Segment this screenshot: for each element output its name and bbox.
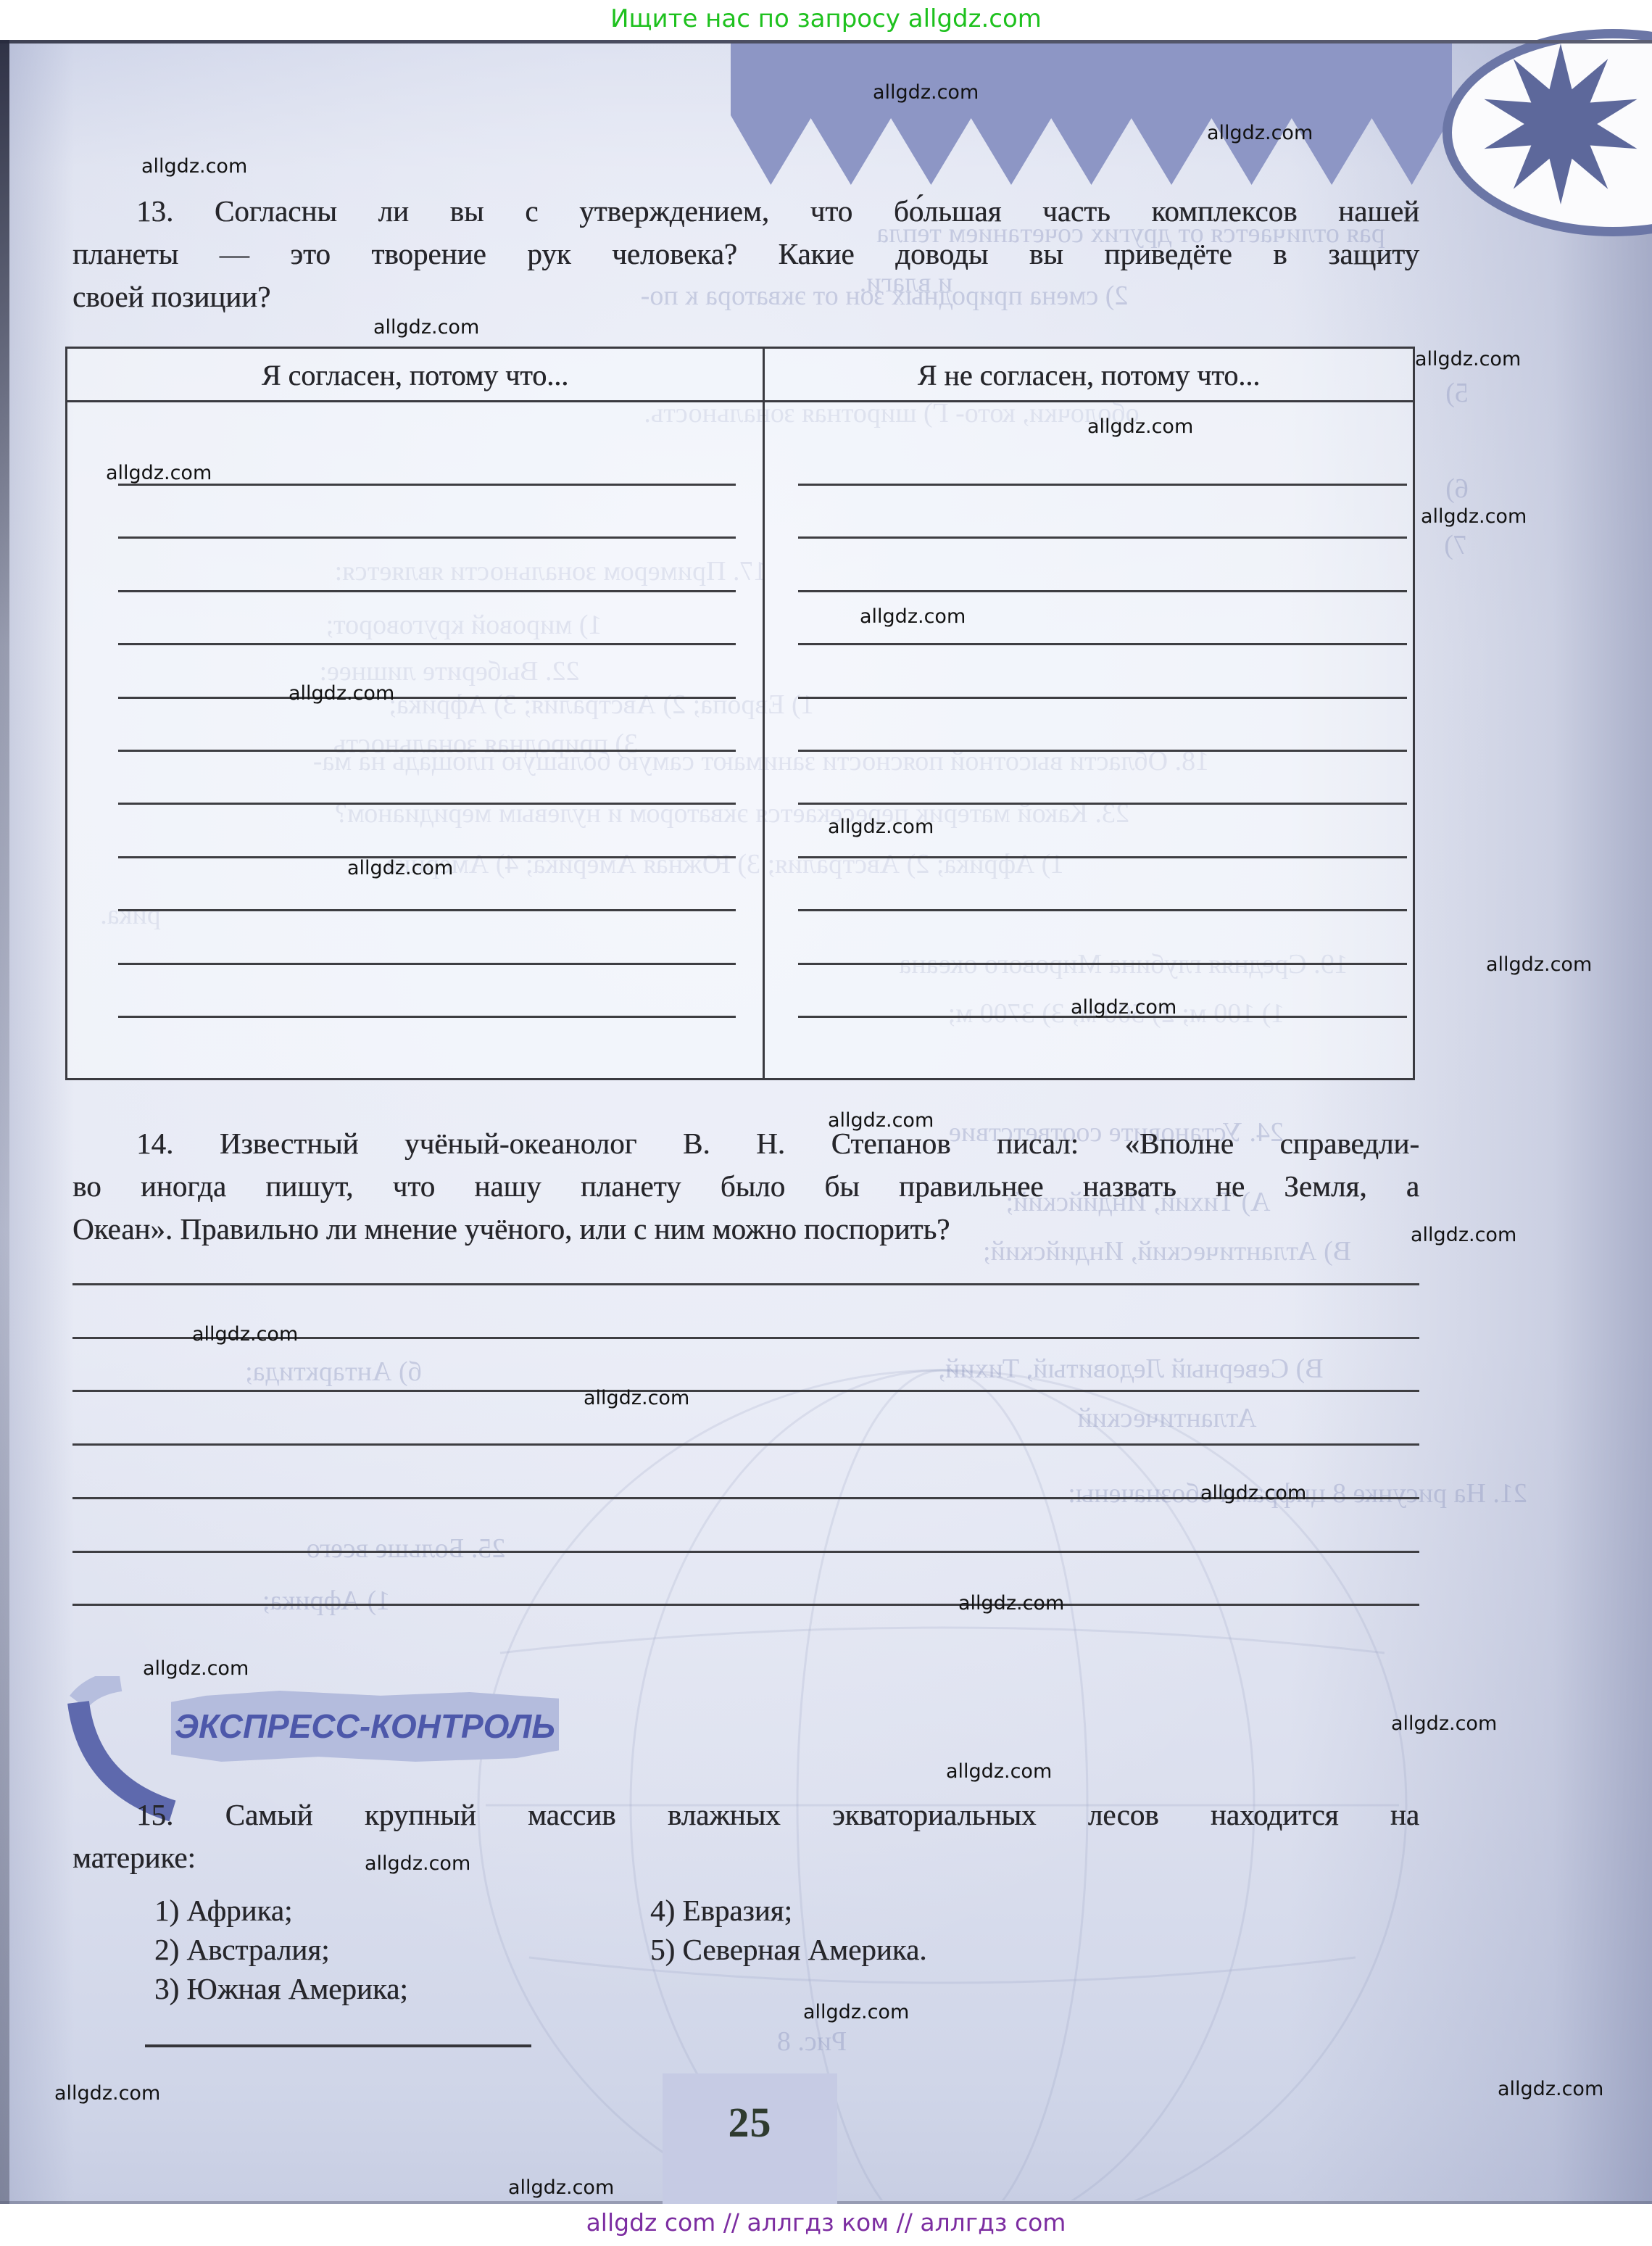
writing-line [798,590,1407,592]
writing-line [118,803,736,805]
question-13-text-line: своей позиции? [72,275,1419,318]
question-14-text-line: Океан». Правильно ли мнение учёного, или… [72,1208,1419,1251]
agree-disagree-table: Я согласен, потому что... Я не согласен,… [65,347,1415,1080]
writing-line [72,1390,1419,1392]
writing-line [798,750,1407,752]
footer-promo-text: allgdz com // аллгдз ком // аллгдз com [0,2208,1652,2237]
watermark-stamp: allgdz.com [1071,996,1176,1019]
watermark-stamp: allgdz.com [1421,505,1527,528]
watermark-stamp: allgdz.com [1415,348,1521,370]
writing-line [798,643,1407,645]
table-header-agree: Я согласен, потому что... [67,358,763,392]
writing-line [118,643,736,645]
footer-strip: allgdz com // аллгдз ком // аллгдз com [0,2204,1652,2246]
watermark-stamp: allgdz.com [584,1387,689,1409]
table-header-rule [67,400,1413,402]
watermark-stamp: allgdz.com [1200,1482,1306,1504]
watermark-stamp: allgdz.com [106,462,212,484]
q15-option: 3) Южная Америка; [154,1969,626,2008]
page-number-box: 25 [663,2073,837,2204]
q15-option: 2) Австралия; [154,1930,626,1969]
writing-line [798,536,1407,539]
watermark-stamp: allgdz.com [958,1592,1064,1615]
scan-top-edge [0,40,1652,43]
writing-line [798,803,1407,805]
question-13-text: 13. Согласны ли вы с утверждением, что б… [72,190,1419,318]
scan-left-edge [0,40,9,2204]
watermark-stamp: allgdz.com [828,816,934,838]
writing-line [118,909,736,911]
watermark-stamp: allgdz.com [143,1657,249,1680]
q15-option: 1) Африка; [154,1891,626,1930]
promo-banner-text: Ищите нас по запросу allgdz.com [0,4,1652,33]
watermark-stamp: allgdz.com [1391,1712,1497,1735]
question-14-text: 14. Известный учёный-океанолог В. Н. Сте… [72,1122,1419,1251]
writing-line [798,697,1407,699]
writing-line [72,1604,1419,1606]
page-number: 25 [663,2098,837,2147]
watermark-stamp: allgdz.com [1087,415,1193,438]
express-control-label: ЭКСПРЕСС-КОНТРОЛЬ [175,1707,555,1746]
watermark-stamp: allgdz.com [508,2176,614,2199]
writing-line [798,963,1407,965]
question-14-text-line: 14. Известный учёный-океанолог В. Н. Сте… [72,1122,1419,1165]
watermark-stamp: allgdz.com [365,1852,470,1875]
writing-line [118,536,736,539]
writing-line [72,1443,1419,1446]
express-control-banner: ЭКСПРЕСС-КОНТРОЛЬ [171,1691,559,1762]
bleed-through-text: Рис. 8 [732,2026,892,2058]
screenshot-root: Ищите нас по запросу allgdz.com рая отли… [0,0,1652,2246]
zigzag-banner-decoration [731,40,1452,185]
bleed-through-text: 7) [1430,529,1481,561]
writing-line [798,909,1407,911]
writing-line [118,963,736,965]
watermark-stamp: allgdz.com [1207,122,1313,144]
writing-line [72,1283,1419,1285]
watermark-stamp: allgdz.com [192,1323,298,1346]
q15-options-right: 4) Евразия;5) Северная Америка. [650,1891,1201,1969]
question-13-text-line: планеты — это творение рук человека? Как… [72,233,1419,275]
writing-line [118,697,736,699]
watermark-stamp: allgdz.com [347,857,453,879]
watermark-stamp: allgdz.com [828,1109,934,1132]
watermark-stamp: allgdz.com [54,2082,160,2105]
question-15-text-line: 15. Самый крупный массив влажных экватор… [72,1794,1419,1836]
watermark-stamp: allgdz.com [1411,1224,1516,1246]
watermark-stamp: allgdz.com [289,682,394,705]
question-15-text: 15. Самый крупный массив влажных экватор… [72,1794,1419,1879]
watermark-stamp: allgdz.com [860,605,966,628]
watermark-stamp: allgdz.com [141,155,247,178]
writing-line [118,590,736,592]
question-14-text-line: во иногда пишут, что нашу планету было б… [72,1165,1419,1208]
watermark-stamp: allgdz.com [1486,953,1592,976]
writing-line [798,484,1407,486]
q15-option: 4) Евразия; [650,1891,1201,1930]
q15-option: 5) Северная Америка. [650,1930,1201,1969]
writing-line [798,856,1407,858]
writing-line [118,1016,736,1018]
bleed-through-text: 6) [1432,473,1482,505]
writing-line [72,1551,1419,1553]
watermark-stamp: allgdz.com [946,1760,1052,1783]
watermark-stamp: allgdz.com [803,2001,909,2023]
q15-options-left: 1) Африка;2) Австралия;3) Южная Америка; [154,1891,626,2008]
table-header-disagree: Я не согласен, потому что... [765,358,1413,392]
table-column-divider [763,349,765,1078]
q15-answer-line [145,2044,531,2047]
question-15-text-line: материке: [72,1836,1419,1879]
watermark-stamp: allgdz.com [373,316,479,339]
bleed-through-text: 5) [1432,377,1482,409]
watermark-stamp: allgdz.com [873,81,979,104]
watermark-stamp: allgdz.com [1498,2078,1603,2100]
writing-line [118,750,736,752]
question-13-text-line: 13. Согласны ли вы с утверждением, что б… [72,190,1419,233]
